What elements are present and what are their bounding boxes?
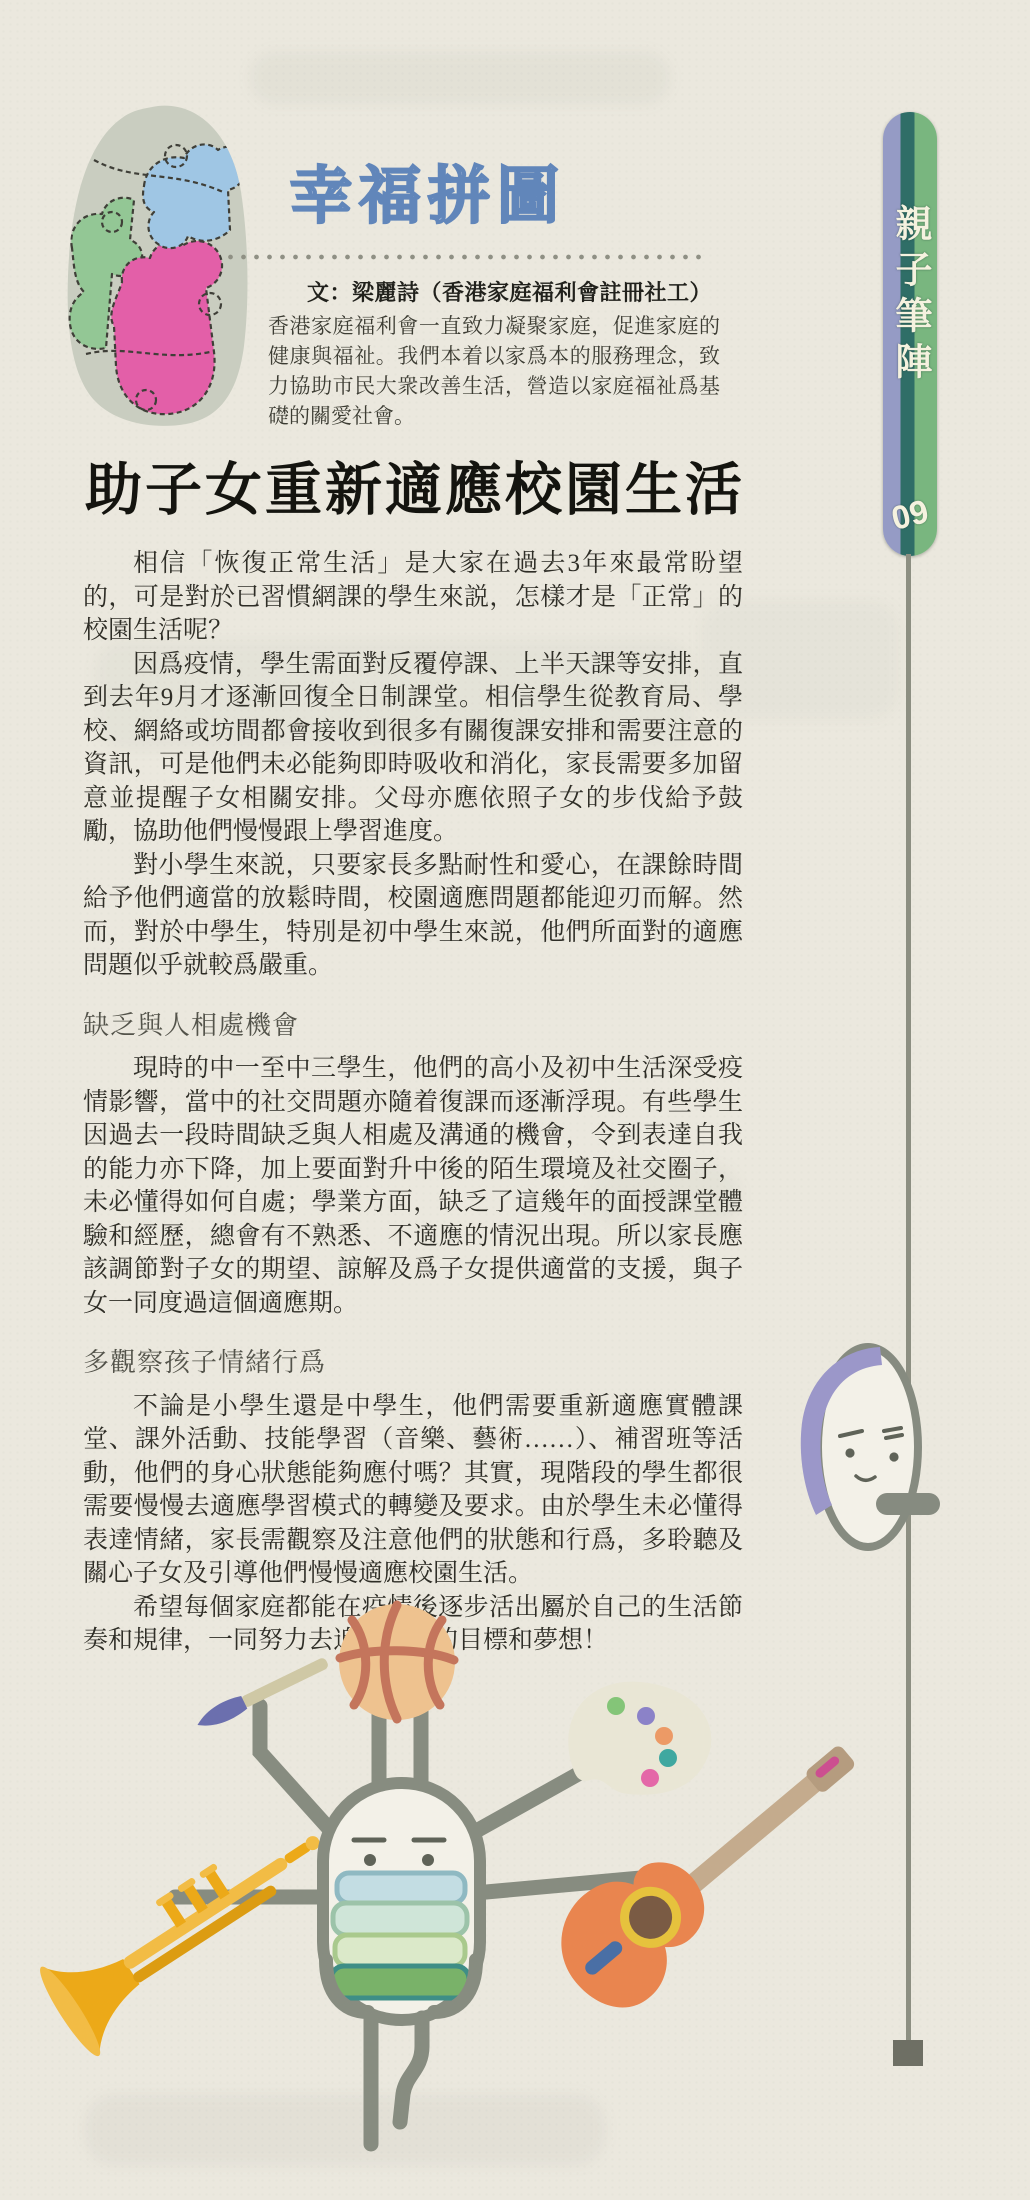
paragraph: 對小學生來説，只要家長多點耐性和愛心，在課餘時間給予他們適當的放鬆時間，校園適應… bbox=[83, 849, 743, 983]
books-icon bbox=[331, 1873, 469, 1998]
byline: 文：梁麗詩（香港家庭福利會註冊社工） bbox=[307, 276, 727, 307]
juggler-legs bbox=[371, 2018, 422, 2144]
rope-end-square bbox=[893, 2040, 923, 2066]
puzzle-piece-pink bbox=[111, 241, 222, 414]
basketball-icon bbox=[339, 1604, 455, 1720]
section-banner-label: 親子筆陣 bbox=[883, 146, 937, 446]
paragraph: 因爲疫情，學生需面對反覆停課、上半天課等安排，直到去年9月才逐漸回復全日制課堂。… bbox=[83, 648, 743, 849]
masthead-intro: 香港家庭福利會一直致力凝聚家庭，促進家庭的健康與福祉。我們本着以家爲本的服務理念… bbox=[268, 312, 720, 432]
section-banner: 親子筆陣 09 bbox=[883, 112, 937, 556]
peeking-character-illustration bbox=[780, 1335, 960, 1565]
juggler-illustration bbox=[30, 1588, 860, 2188]
vertical-rope-line bbox=[906, 554, 911, 2042]
paragraph: 不論是小學生還是中學生，他們需要重新適應實體課堂、課外活動、技能學習（音樂、藝術… bbox=[83, 1390, 743, 1591]
article-body: 相信「恢復正常生活」是大家在過去3年來最常盼望的，可是對於已習慣網課的學生來説，… bbox=[83, 547, 743, 1658]
article-headline: 助子女重新適應校園生活 bbox=[85, 444, 765, 526]
newspaper-page: 幸福拼圖 文：梁麗詩（香港家庭福利會註冊社工） 香港家庭福利會一直致力凝聚家庭，… bbox=[0, 0, 1030, 2200]
column-title: 幸福拼圖 bbox=[290, 146, 710, 235]
section-subhead: 多觀察孩子情緒行爲 bbox=[83, 1346, 743, 1380]
page-number: 09 bbox=[879, 490, 941, 540]
section-subhead: 缺乏與人相處機會 bbox=[83, 1009, 743, 1043]
puzzle-illustration bbox=[58, 100, 258, 430]
trumpet-icon bbox=[33, 1802, 352, 2061]
paragraph: 相信「恢復正常生活」是大家在過去3年來最常盼望的，可是對於已習慣網課的學生來説，… bbox=[83, 547, 743, 648]
peeker-hand bbox=[876, 1493, 940, 1515]
palette-icon bbox=[568, 1682, 711, 1795]
dotted-separator bbox=[224, 253, 702, 261]
ghost-print-smudge bbox=[250, 52, 670, 104]
paragraph: 現時的中一至中三學生，他們的高小及初中生活深受疫情影響，當中的社交問題亦隨着復課… bbox=[83, 1052, 743, 1320]
